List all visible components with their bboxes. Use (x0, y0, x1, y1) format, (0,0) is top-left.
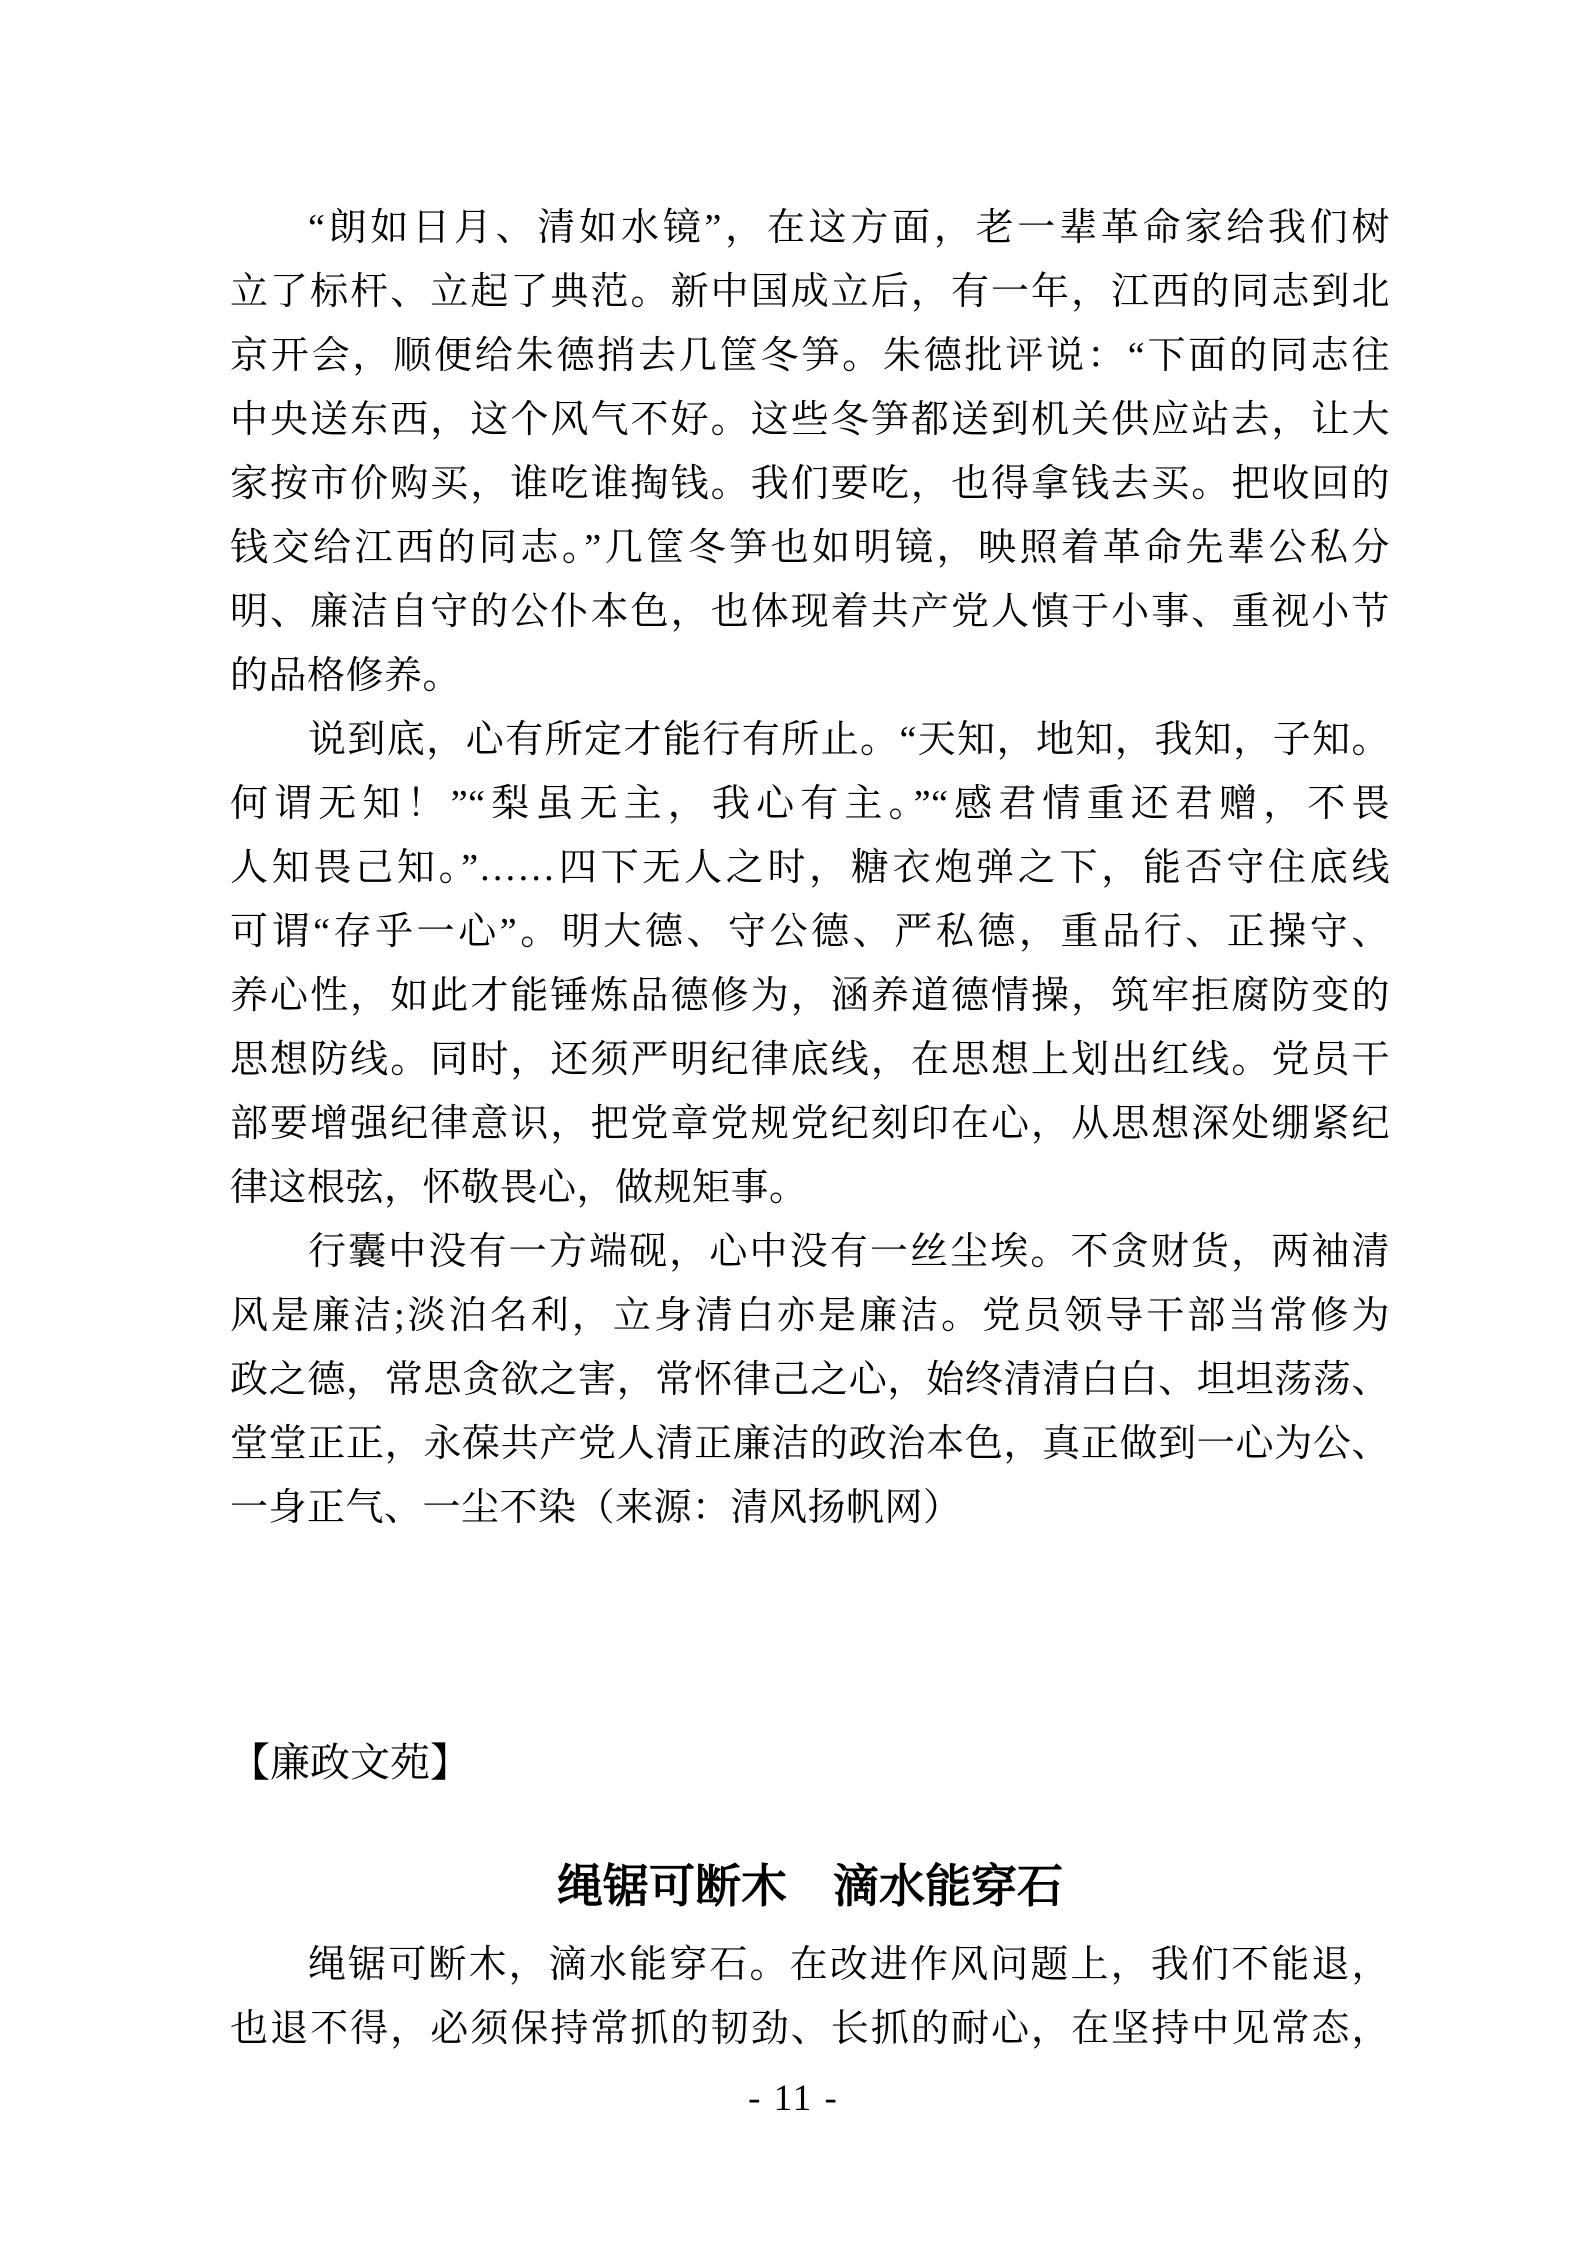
text-line: 中央送东西，这个风气不好。这些冬笋都送到机关供应站去，让大 (230, 388, 1390, 452)
paragraph: 说到底，心有所定才能行有所止。“天知，地知，我知，子知。何谓无知！”“梨虽无主，… (230, 708, 1390, 1220)
text-line: 人知畏己知。”……四下无人之时，糖衣炮弹之下，能否守住底线 (230, 836, 1390, 900)
text-line: 堂堂正正，永葆共产党人清正廉洁的政治本色，真正做到一心为公、 (230, 1412, 1390, 1476)
text-line: 立了标杆、立起了典范。新中国成立后，有一年，江西的同志到北 (230, 260, 1390, 324)
document-page: “朗如日月、清如水镜”，在这方面，老一辈革命家给我们树立了标杆、立起了典范。新中… (0, 0, 1587, 2245)
text-line: 律这根弦，怀敬畏心，做规矩事。 (230, 1156, 1390, 1220)
text-line: 思想防线。同时，还须严明纪律底线，在思想上划出红线。党员干 (230, 1028, 1390, 1092)
text-line: “朗如日月、清如水镜”，在这方面，老一辈革命家给我们树 (230, 196, 1390, 260)
text-line: 何谓无知！”“梨虽无主，我心有主。”“感君情重还君赠，不畏 (230, 772, 1390, 836)
text-line: 一身正气、一尘不染（来源：清风扬帆网） (230, 1476, 1390, 1540)
section-heading: 【廉政文苑】 (230, 1731, 1390, 1795)
text-line: 政之德，常思贪欲之害，常怀律己之心，始终清清白白、坦坦荡荡、 (230, 1348, 1390, 1412)
text-line: 行囊中没有一方端砚，心中没有一丝尘埃。不贪财货，两袖清 (230, 1220, 1390, 1284)
paragraph: “朗如日月、清如水镜”，在这方面，老一辈革命家给我们树立了标杆、立起了典范。新中… (230, 196, 1390, 708)
section-paragraph: 绳锯可断木，滴水能穿石。在改进作风问题上，我们不能退，也退不得，必须保持常抓的韧… (230, 1933, 1390, 2061)
page-number: - 11 - (0, 2078, 1587, 2120)
text-line: 钱交给江西的同志。”几筐冬笋也如明镜，映照着革命先辈公私分 (230, 516, 1390, 580)
text-line: 京开会，顺便给朱德捎去几筐冬笋。朱德批评说：“下面的同志往 (230, 324, 1390, 388)
paragraph: 行囊中没有一方端砚，心中没有一丝尘埃。不贪财货，两袖清风是廉洁;淡泊名利，立身清… (230, 1220, 1390, 1540)
text-line: 绳锯可断木，滴水能穿石。在改进作风问题上，我们不能退， (230, 1933, 1390, 1997)
text-line: 风是廉洁;淡泊名利，立身清白亦是廉洁。党员领导干部当常修为 (230, 1284, 1390, 1348)
text-line: 说到底，心有所定才能行有所止。“天知，地知，我知，子知。 (230, 708, 1390, 772)
text-line: 养心性，如此才能锤炼品德修为，涵养道德情操，筑牢拒腐防变的 (230, 964, 1390, 1028)
text-line: 家按市价购买，谁吃谁掏钱。我们要吃，也得拿钱去买。把收回的 (230, 452, 1390, 516)
document-body: “朗如日月、清如水镜”，在这方面，老一辈革命家给我们树立了标杆、立起了典范。新中… (230, 196, 1390, 1540)
text-line: 的品格修养。 (230, 644, 1390, 708)
text-line: 也退不得，必须保持常抓的韧劲、长抓的耐心，在坚持中见常态， (230, 1997, 1390, 2061)
text-line: 部要增强纪律意识，把党章党规党纪刻印在心，从思想深处绷紧纪 (230, 1092, 1390, 1156)
text-line: 可谓“存乎一心”。明大德、守公德、严私德，重品行、正操守、 (230, 900, 1390, 964)
text-line: 明、廉洁自守的公仆本色，也体现着共产党人慎于小事、重视小节 (230, 580, 1390, 644)
section-title: 绳锯可断木 滴水能穿石 (230, 1854, 1390, 1920)
